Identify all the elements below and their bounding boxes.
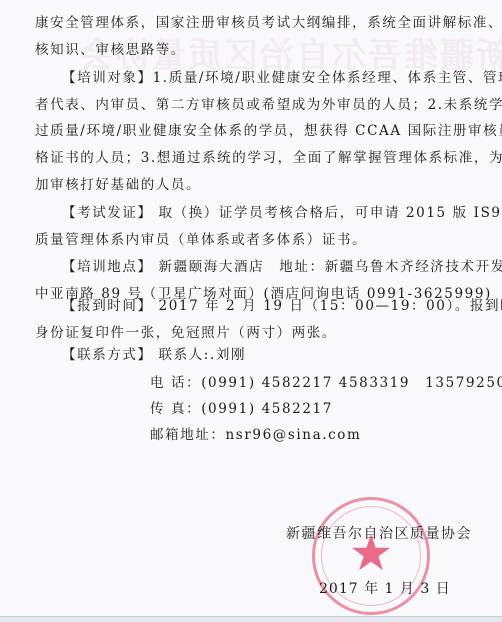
registration-text: 2017 年 2 月 19 日（15：00—19：00）。报到时请携带 [153,298,502,314]
certification-line-2: 质量管理体系内审员（单体系或者多体系）证书。 [35,231,367,249]
registration-line-1: 【报到时间】 2017 年 2 月 19 日（15：00—19：00）。报到时请… [62,297,502,315]
training-target-line-3: 过质量/环境/职业健康安全体系的学员，想获得 CCAA 国际注册审核员资 [35,122,502,140]
contact-phone: 电 话：(0991) 4582217 4583319 13579250952 [150,374,502,392]
training-target-line-5: 加审核打好基础的人员。 [35,176,201,194]
intro-line-2: 核知识、审核思路等。 [35,41,186,59]
contact-heading: 【联系方式】 [62,347,153,363]
contact-fax: 传 真：(0991) 4582217 [150,400,333,418]
training-target-heading: 【培训对象】 [62,70,153,86]
training-target-line-2: 者代表、内审员、第二方审核员或希望成为外审员的人员；2.未系统学习 [35,96,502,114]
training-target-line-4: 格证书的人员；3.想通过系统的学习，全面了解掌握管理体系标准，为参 [35,149,502,167]
location-line-1: 【培训地点】 新疆颐海大酒店 地址：新疆乌鲁木齐经济技术开发区 [62,258,502,276]
intro-line-1: 康安全管理体系，国家注册审核员考试大纲编排，系统全面讲解标准、审 [35,14,502,32]
contact-email: 邮箱地址：nsr96@sina.com [150,426,361,444]
certification-text: 取（换）证学员考核合格后，可申请 2015 版 IS9001 [153,205,502,221]
certification-heading: 【考试发证】 [62,205,153,221]
registration-heading: 【报到时间】 [62,298,153,314]
training-target-line-1: 【培训对象】1.质量/环境/职业健康安全体系经理、体系主管、管理 [62,69,502,87]
location-heading: 【培训地点】 [62,259,153,275]
certification-line-1: 【考试发证】 取（换）证学员考核合格后，可申请 2015 版 IS9001 [62,204,502,222]
signature-organization: 新疆维吾尔自治区质量协会 [286,523,472,543]
location-text: 新疆颐海大酒店 地址：新疆乌鲁木齐经济技术开发区 [153,259,502,275]
page-bottom-edge [0,616,502,622]
signature-date: 2017 年 1 月 3 日 [319,578,451,598]
document-page: 新疆维吾尔自治区质量协会 康安全管理体系，国家注册审核员考试大纲编排，系统全面讲… [0,0,502,616]
training-target-text: 1.质量/环境/职业健康安全体系经理、体系主管、管理 [153,70,502,86]
contact-person: 联系人:.刘刚 [153,347,246,363]
registration-line-2: 身份证复印件一张，免冠照片（两寸）两张。 [35,324,337,342]
contact-line-person: 【联系方式】 联系人:.刘刚 [62,346,246,364]
